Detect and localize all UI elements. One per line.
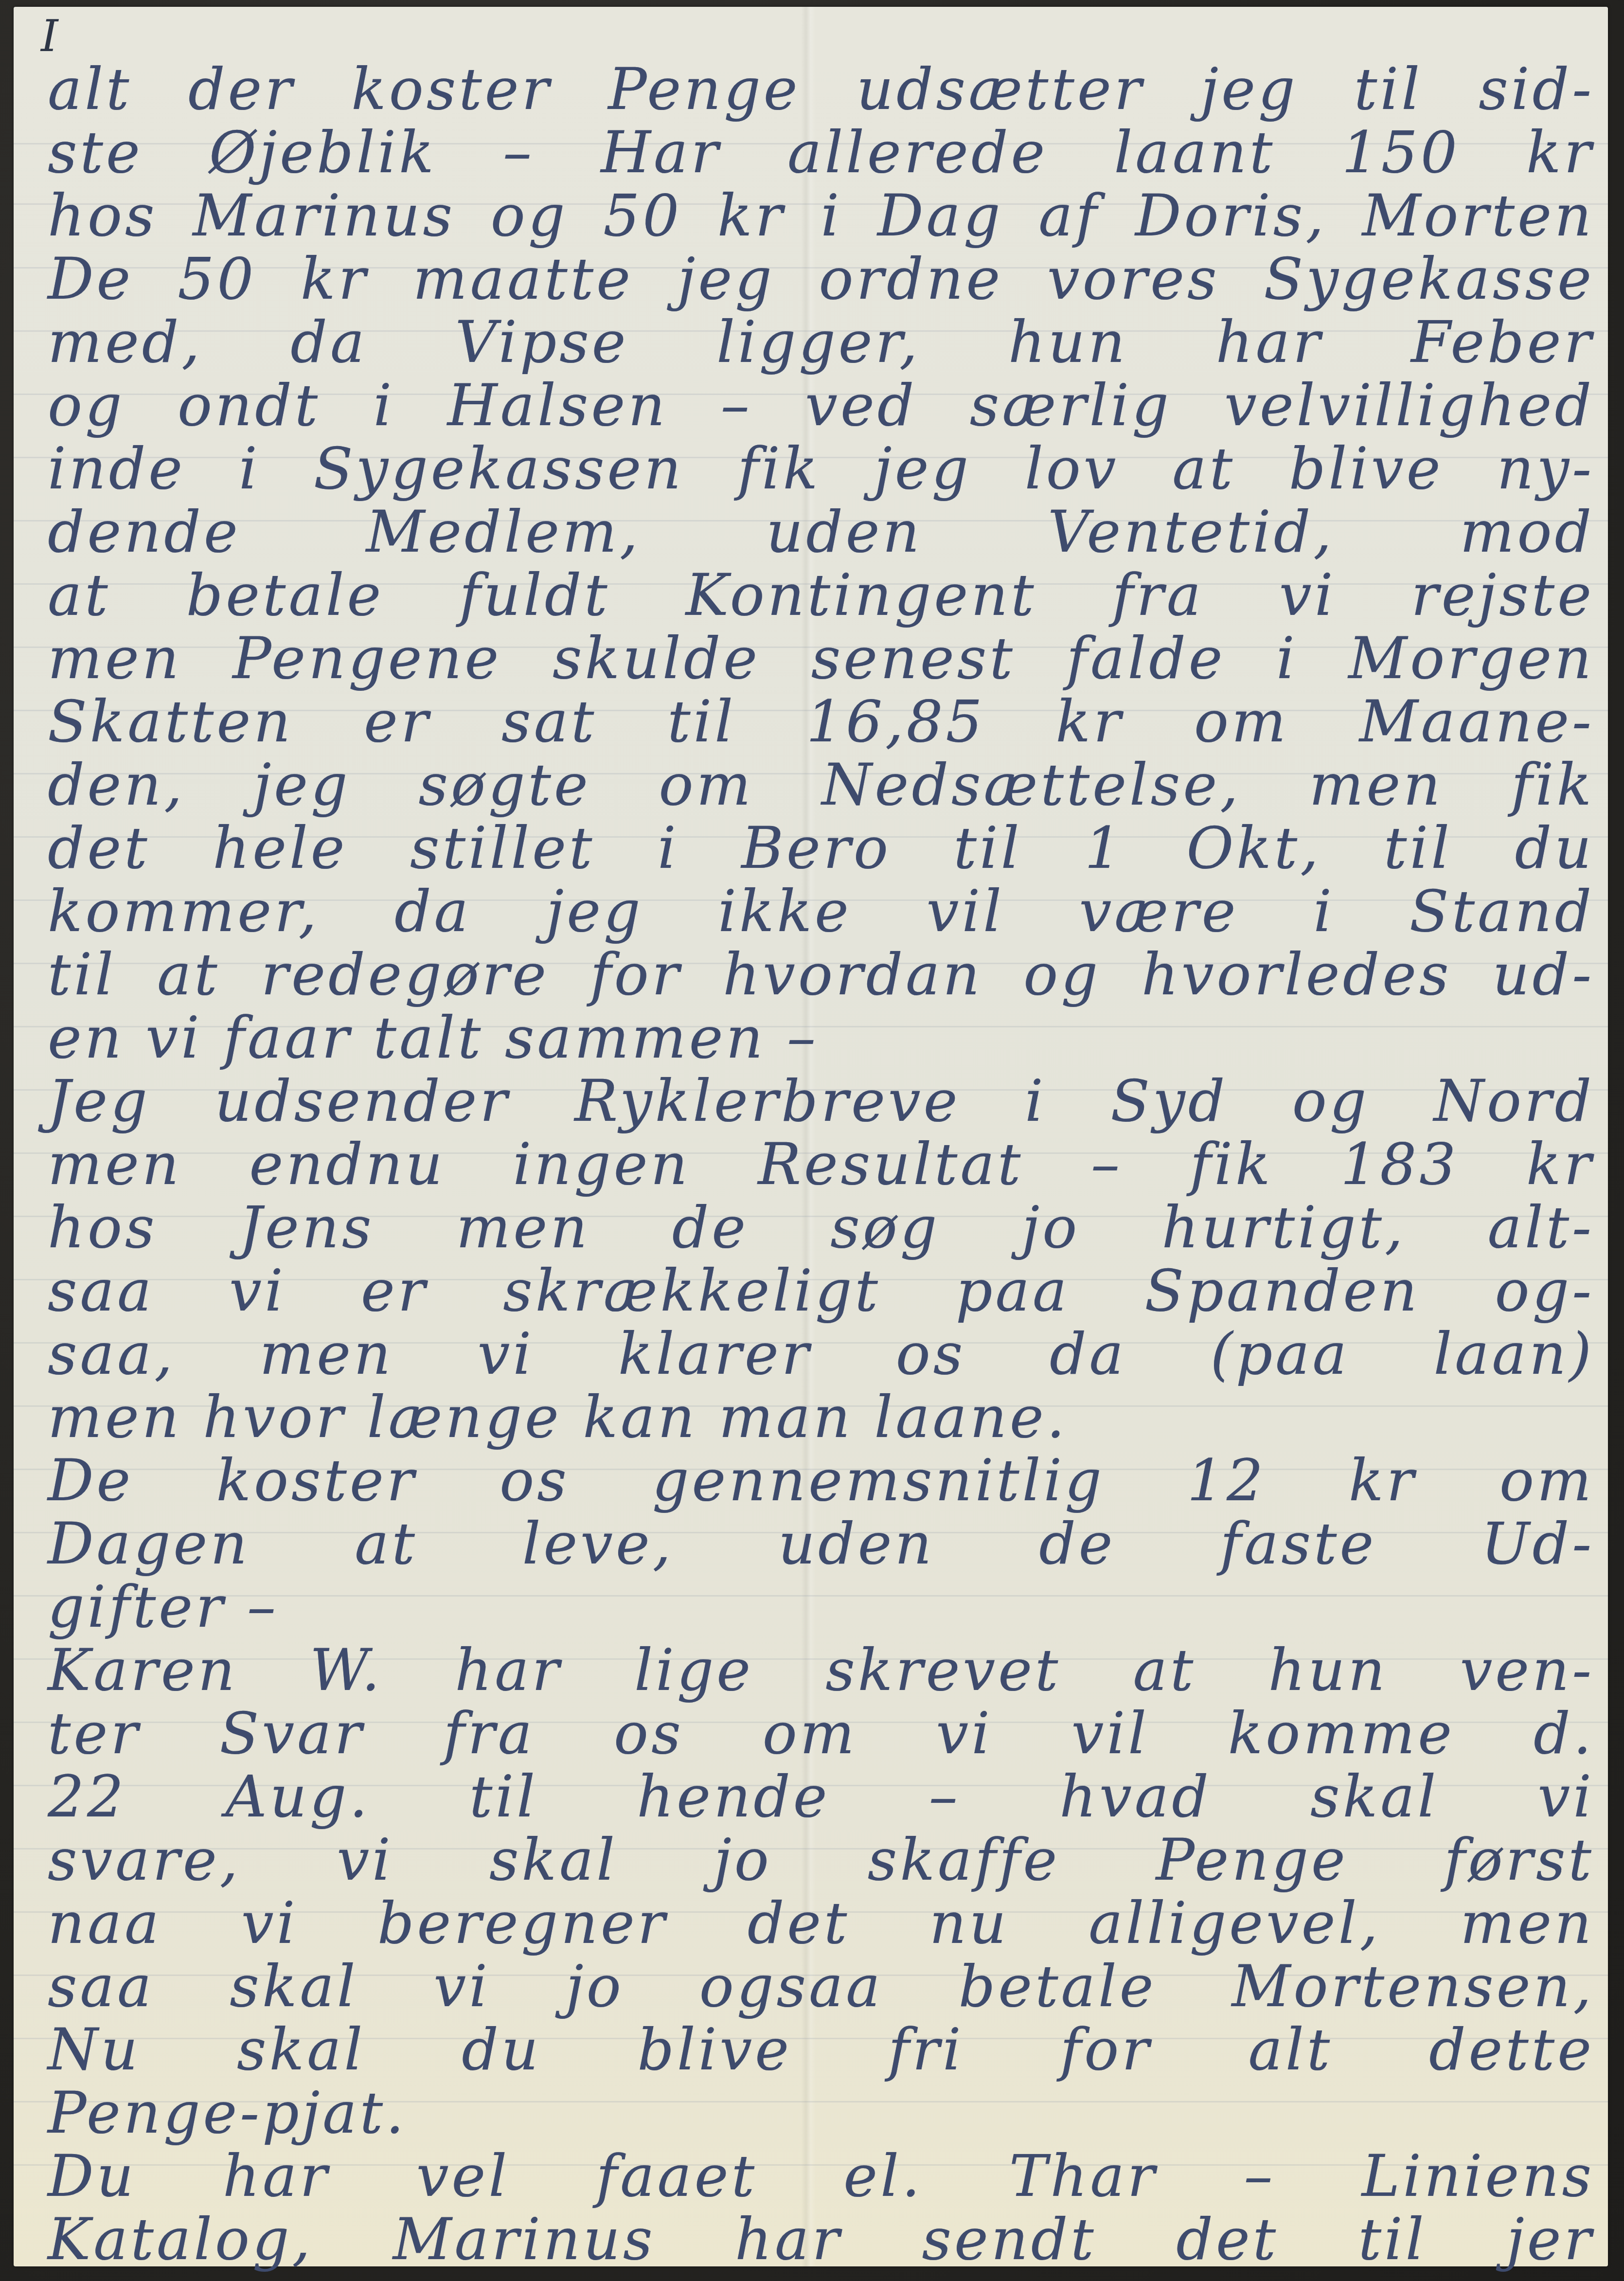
letter-line: inde i Sygekassen fik jeg lov at blive n… <box>48 440 1594 497</box>
letter-line: dende Medlem, uden Ventetid, mod <box>48 503 1594 560</box>
letter-line: at betale fuldt Kontingent fra vi rejste <box>48 566 1594 624</box>
letter-line: Skatten er sat til 16,85 kr om Maane- <box>48 693 1594 750</box>
letter-line: De 50 kr maatte jeg ordne vores Sygekass… <box>48 250 1594 307</box>
letter-line: men endnu ingen Resultat – fik 183 kr <box>48 1135 1594 1193</box>
letter-line: Nu skal du blive fri for alt dette <box>48 2021 1594 2078</box>
letter-line: De koster os gennemsnitlig 12 kr om <box>48 1452 1594 1509</box>
letter-line: Jeg udsender Ryklerbreve i Syd og Nord <box>48 1072 1594 1130</box>
letter-line: Karen W. har lige skrevet at hun ven- <box>48 1641 1594 1699</box>
letter-line: saa, men vi klarer os da (paa laan) <box>48 1325 1594 1383</box>
letter-line: men Pengene skulde senest falde i Morgen <box>48 629 1594 687</box>
letter-line: saa skal vi jo ogsaa betale Mortensen, <box>48 1958 1594 2015</box>
letter-sheet: I alt der koster Penge udsætter jeg til … <box>14 7 1608 2266</box>
letter-line: hos Jens men de søg jo hurtigt, alt- <box>48 1199 1594 1256</box>
letter-line: 22 Aug. til hende – hvad skal vi <box>48 1768 1594 1825</box>
letter-line: Du har vel faaet el. Thar – Liniens <box>48 2147 1594 2205</box>
letter-line: Katalog, Marinus har sendt det til jer <box>48 2210 1594 2268</box>
letter-line: gifter – <box>48 1578 1594 1635</box>
page-number-marker: I <box>41 11 58 62</box>
letter-line: Dagen at leve, uden de faste Ud- <box>48 1515 1594 1572</box>
letter-line: ste Øjeblik – Har allerede laant 150 kr <box>48 124 1594 181</box>
letter-line: naa vi beregner det nu alligevel, men <box>48 1894 1594 1952</box>
letter-line: med, da Vipse ligger, hun har Feber <box>48 313 1594 371</box>
letter-line: hos Marinus og 50 kr i Dag af Doris, Mor… <box>48 187 1594 244</box>
letter-line: en vi faar talt sammen – <box>48 1009 1594 1066</box>
letter-line: saa vi er skrækkeligt paa Spanden og- <box>48 1262 1594 1319</box>
letter-line: og ondt i Halsen – ved særlig velvilligh… <box>48 377 1594 434</box>
letter-line: Penge-pjat. <box>48 2084 1594 2141</box>
letter-line: til at redegøre for hvordan og hvorledes… <box>48 946 1594 1003</box>
letter-line: den, jeg søgte om Nedsættelse, men fik <box>48 756 1594 813</box>
letter-line: kommer, da jeg ikke vil være i Stand <box>48 882 1594 940</box>
letter-line: alt der koster Penge udsætter jeg til si… <box>48 60 1594 118</box>
letter-line: det hele stillet i Bero til 1 Okt, til d… <box>48 819 1594 877</box>
letter-line: ter Svar fra os om vi vil komme d. <box>48 1705 1594 1762</box>
letter-line: men hvor længe kan man laane. <box>48 1388 1594 1446</box>
letter-line: svare, vi skal jo skaffe Penge først <box>48 1831 1594 1888</box>
